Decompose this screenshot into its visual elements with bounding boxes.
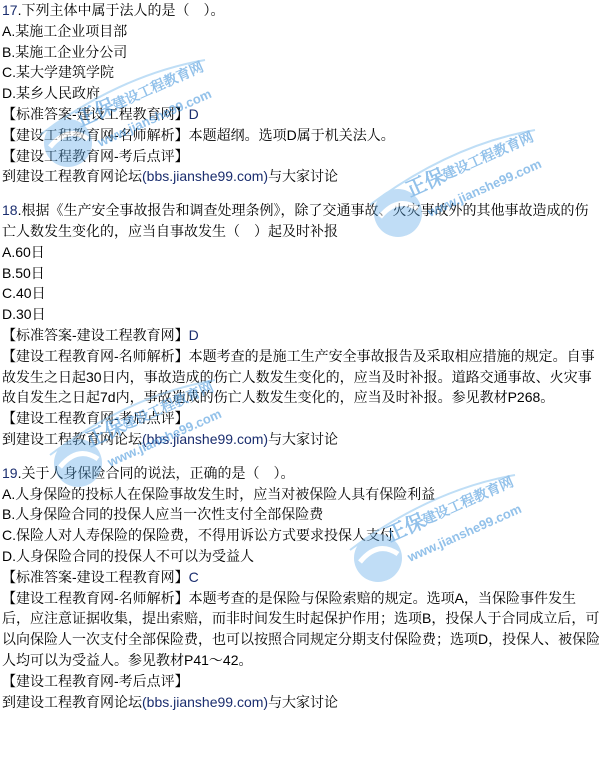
question-number: 17 [2, 2, 18, 18]
analysis-line-cont: 人均可以为受益人。参见教材P41～42。 [2, 650, 599, 671]
analysis-line: 【建设工程教育网-名师解析】本题考查的是保险与保险索赔的规定。选项A，当保险事件… [2, 588, 599, 609]
question-stem-cont: 亡人数发生变化的，应当自事故发生（ ）起及时补报 [2, 221, 599, 242]
answer-value: D [189, 106, 199, 122]
option-c: C.某大学建筑学院 [2, 62, 599, 83]
forum-link[interactable]: (bbs.jianshe99.com) [142, 694, 268, 710]
answer-value: D [189, 327, 199, 343]
question-stem: 18.根据《生产安全事故报告和调查处理条例》，除了交通事故、火灾事故外的其他事故… [2, 200, 599, 221]
analysis-line: 【建设工程教育网-名师解析】本题考查的是施工生产安全事故报告及采取相应措施的规定… [2, 346, 599, 367]
option-c: C.40日 [2, 283, 599, 304]
option-b: B.某施工企业分公司 [2, 42, 599, 63]
review-label: 【建设工程教育网-考后点评】 [2, 146, 599, 167]
answer-line: 【标准答案-建设工程教育网】D [2, 325, 599, 346]
question-19: 19.关于人身保险合同的说法，正确的是（ ）。 A.人身保险的投标人在保险事故发… [2, 463, 599, 713]
question-stem: 17.下列主体中属于法人的是（ ）。 [2, 0, 599, 21]
option-d: D.某乡人民政府 [2, 83, 599, 104]
option-c: C.保险人对人寿保险的保险费，不得用诉讼方式要求投保人支付 [2, 525, 599, 546]
question-18: 18.根据《生产安全事故报告和调查处理条例》，除了交通事故、火灾事故外的其他事故… [2, 200, 599, 450]
review-label: 【建设工程教育网-考后点评】 [2, 671, 599, 692]
forum-line: 到建设工程教育网论坛(bbs.jianshe99.com)与大家讨论 [2, 429, 599, 450]
answer-value: C [189, 569, 199, 585]
analysis-line-cont: 后，应注意证据收集，提出索赔，而非时间发生时起保护作用；选项B，投保人于合同成立… [2, 608, 599, 629]
option-a: A.60日 [2, 242, 599, 263]
question-stem: 19.关于人身保险合同的说法，正确的是（ ）。 [2, 463, 599, 484]
forum-line: 到建设工程教育网论坛(bbs.jianshe99.com)与大家讨论 [2, 692, 599, 713]
option-d: D.人身保险合同的投保人不可以为受益人 [2, 546, 599, 567]
option-b: B.50日 [2, 263, 599, 284]
exam-document: 17.下列主体中属于法人的是（ ）。 A.某施工企业项目部 B.某施工企业分公司… [2, 0, 599, 712]
forum-link[interactable]: (bbs.jianshe99.com) [142, 431, 268, 447]
option-d: D.30日 [2, 304, 599, 325]
analysis-line-cont: 故发生之日起30日内，事故造成的伤亡人数发生变化的，应当及时补报。道路交通事故、… [2, 367, 599, 388]
option-b: B.人身保险合同的投保人应当一次性支付全部保险费 [2, 504, 599, 525]
analysis-line-cont: 故自发生之日起7d内，事故造成的伤亡人数发生变化的，应当及时补报。参见教材P26… [2, 387, 599, 408]
answer-line: 【标准答案-建设工程教育网】C [2, 567, 599, 588]
forum-link[interactable]: (bbs.jianshe99.com) [142, 168, 268, 184]
question-17: 17.下列主体中属于法人的是（ ）。 A.某施工企业项目部 B.某施工企业分公司… [2, 0, 599, 187]
option-a: A.某施工企业项目部 [2, 21, 599, 42]
option-a: A.人身保险的投标人在保险事故发生时，应当对被保险人具有保险利益 [2, 484, 599, 505]
answer-line: 【标准答案-建设工程教育网】D [2, 104, 599, 125]
analysis-line-cont: 以向保险人一次支付全部保险费，也可以按照合同规定分期支付保险费；选项D，投保人、… [2, 629, 599, 650]
review-label: 【建设工程教育网-考后点评】 [2, 408, 599, 429]
question-number: 19 [2, 465, 18, 481]
question-number: 18 [2, 202, 18, 218]
forum-line: 到建设工程教育网论坛(bbs.jianshe99.com)与大家讨论 [2, 166, 599, 187]
analysis-line: 【建设工程教育网-名师解析】本题超纲。选项D属于机关法人。 [2, 125, 599, 146]
